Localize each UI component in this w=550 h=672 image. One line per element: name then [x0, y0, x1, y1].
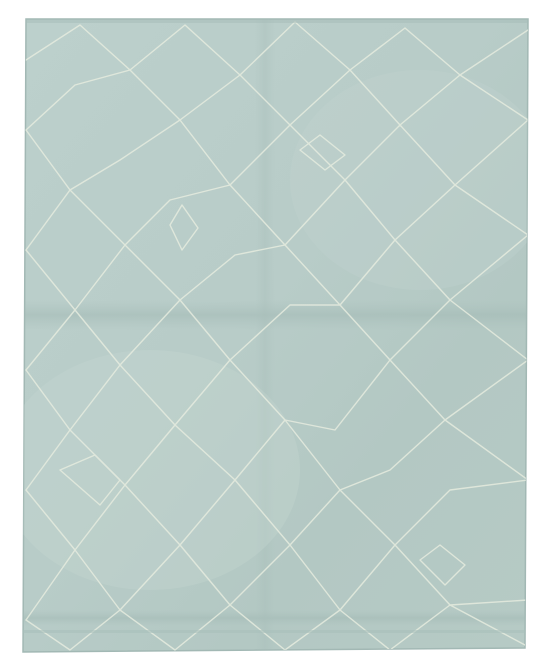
product-photo-stage — [0, 0, 550, 672]
rug-image — [0, 0, 550, 672]
